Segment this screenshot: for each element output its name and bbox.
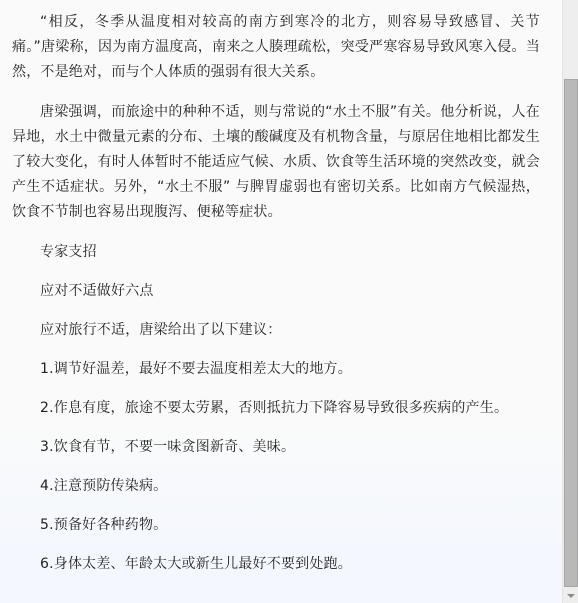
tip-item: 2.作息有度，旅途不要太劳累，否则抵抗力下降容易导致很多疾病的产生。: [12, 396, 540, 421]
section-heading: 专家支招: [12, 240, 540, 265]
vertical-scrollbar[interactable]: [562, 0, 578, 603]
arrow-down-icon: [567, 594, 575, 598]
article-body: “相反，冬季从温度相对较高的南方到寒冷的北方，则容易导致感冒、关节痛。”唐梁称，…: [12, 10, 540, 591]
tip-item: 6.身体太差、年龄太大或新生儿最好不要到处跑。: [12, 552, 540, 577]
tip-item: 5.预备好各种药物。: [12, 513, 540, 538]
tips-intro: 应对旅行不适，唐梁给出了以下建议：: [12, 318, 540, 343]
scrollbar-thumb[interactable]: [564, 79, 578, 587]
tip-item: 4.注意预防传染病。: [12, 474, 540, 499]
paragraph-acclimatization: 唐梁强调，而旅途中的种种不适，则与常说的“水土不服”有关。他分析说，人在异地，水…: [12, 100, 540, 225]
scroll-down-button[interactable]: [563, 589, 578, 603]
paragraph-cold-travel: “相反，冬季从温度相对较高的南方到寒冷的北方，则容易导致感冒、关节痛。”唐梁称，…: [12, 10, 540, 85]
sub-heading: 应对不适做好六点: [12, 279, 540, 304]
tip-item: 1.调节好温差，最好不要去温度相差太大的地方。: [12, 357, 540, 382]
tip-item: 3.饮食有节，不要一味贪图新奇、美味。: [12, 435, 540, 460]
